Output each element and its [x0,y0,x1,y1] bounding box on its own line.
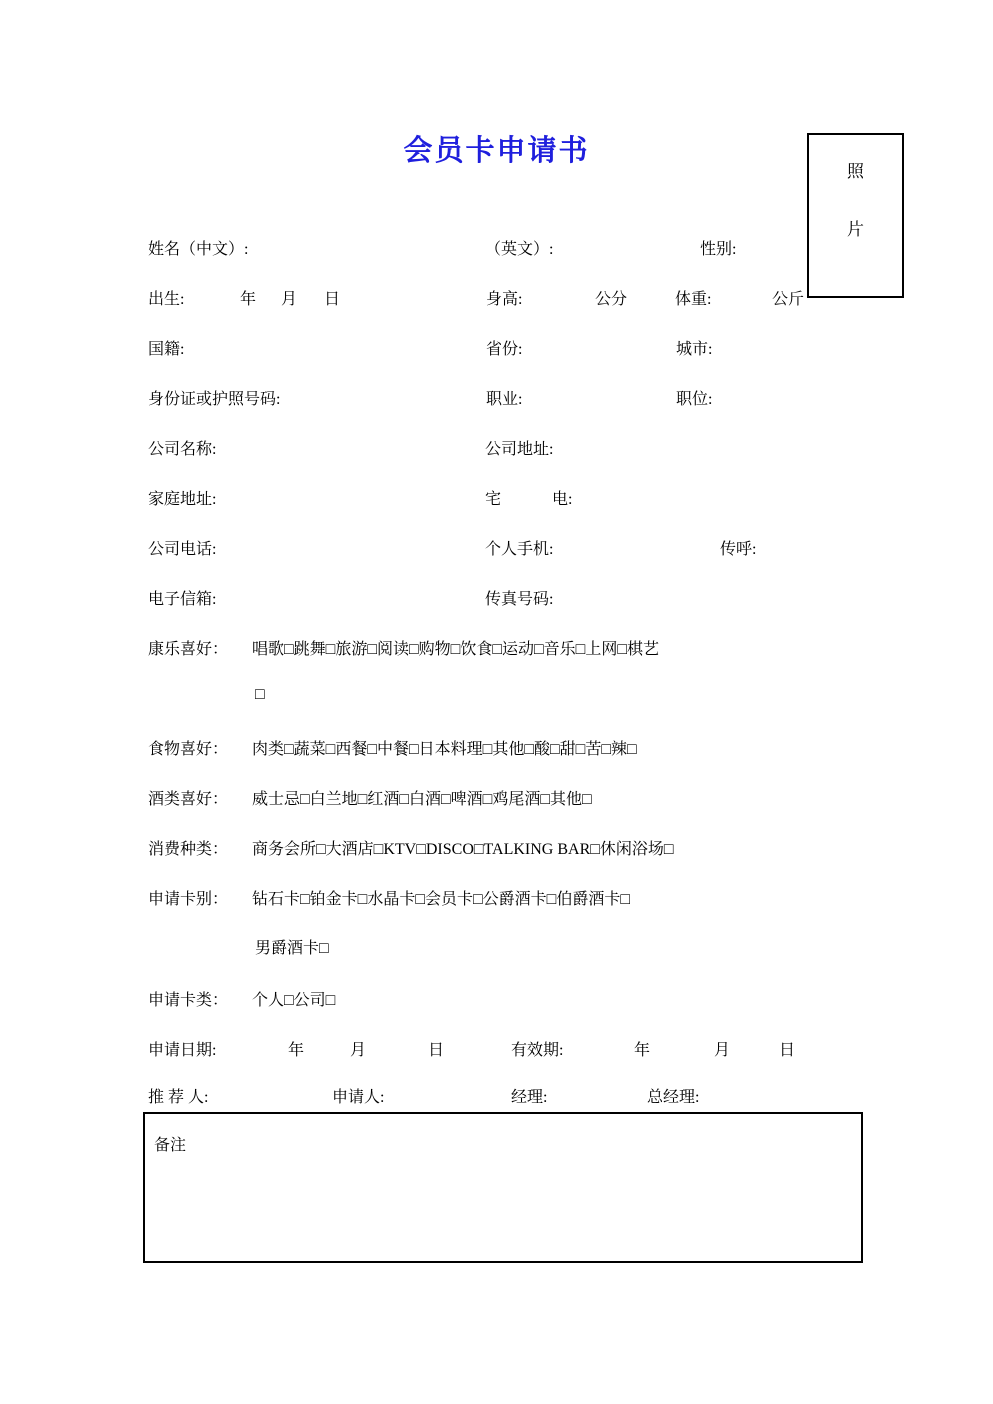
label-occupation: 职业: [486,386,522,409]
label-name-en: （英文）: [485,236,553,259]
label-pager: 传呼: [720,536,756,559]
label-position: 职位: [676,386,712,409]
card-grade-options: 钻石卡□铂金卡□水晶卡□会员卡□公爵酒卡□伯爵酒卡□ [252,886,630,909]
label-valid-year: 年 [634,1037,650,1060]
row-id-occupation: 身份证或护照号码: 职业: 职位: [0,386,993,408]
label-company-name: 公司名称: [148,436,216,459]
card-grade-options-overflow: 男爵酒卡□ [255,935,329,958]
row-venue: 消费种类： 商务会所□大酒店□KTV□DISCO□TALKING BAR□休闲浴… [0,836,993,858]
label-gender: 性别: [700,236,736,259]
label-wine: 酒类喜好： [148,786,228,809]
row-phones: 公司电话: 个人手机: 传呼: [0,536,993,558]
venue-options: 商务会所□大酒店□KTV□DISCO□TALKING BAR□休闲浴场□ [252,836,674,859]
label-venue: 消费种类： [148,836,228,859]
hobby-options: 唱歌□跳舞□旅游□阅读□购物□饮食□运动□音乐□上网□棋艺 [252,636,659,659]
label-home-tel-char2: 电: [552,486,572,509]
row-birth-height-weight: 出生: 年 月 日 身高: 公分 体重: 公斤 [0,286,993,308]
label-mobile: 个人手机: [485,536,553,559]
row-dates: 申请日期: 年 月 日 有效期: 年 月 日 [0,1037,993,1059]
row-card-grade-overflow: 男爵酒卡□ [0,935,993,957]
label-id-number: 身份证或护照号码: [148,386,280,409]
hobby-options-overflow: □ [255,686,265,704]
row-signatures: 推 荐 人: 申请人: 经理: 总经理: [0,1084,993,1106]
label-apply-day: 日 [428,1037,444,1060]
photo-placeholder-box: 照 片 [807,133,904,298]
label-valid-day: 日 [779,1037,795,1060]
label-birth-year: 年 [240,286,256,309]
label-birth-month: 月 [281,286,297,309]
row-card-grade: 申请卡别： 钻石卡□铂金卡□水晶卡□会员卡□公爵酒卡□伯爵酒卡□ [0,886,993,908]
label-home-tel-char1: 宅 [485,486,501,509]
row-email-fax: 电子信箱: 传真号码: [0,586,993,608]
label-hobby: 康乐喜好： [148,636,228,659]
label-birth-day: 日 [324,286,340,309]
label-fax: 传真号码: [485,586,553,609]
row-name: 姓名（中文）: （英文）: 性别: [0,236,993,258]
application-form-document: 会员卡申请书 照 片 姓名（中文）: （英文）: 性别: 出生: 年 月 日 身… [0,0,993,1404]
row-hobby-overflow: □ [0,686,993,708]
row-nationality: 国籍: 省份: 城市: [0,336,993,358]
label-city: 城市: [676,336,712,359]
label-apply-month: 月 [350,1037,366,1060]
row-hobby: 康乐喜好： 唱歌□跳舞□旅游□阅读□购物□饮食□运动□音乐□上网□棋艺 [0,636,993,658]
label-valid-until: 有效期: [511,1037,563,1060]
label-kg: 公斤 [772,286,804,309]
row-food: 食物喜好： 肉类□蔬菜□西餐□中餐□日本料理□其他□酸□甜□苦□辣□ [0,736,993,758]
label-nationality: 国籍: [148,336,184,359]
label-weight: 体重: [675,286,711,309]
row-company: 公司名称: 公司地址: [0,436,993,458]
wine-options: 威士忌□白兰地□红酒□白酒□啤酒□鸡尾酒□其他□ [252,786,592,809]
label-height: 身高: [486,286,522,309]
label-applicant: 申请人: [332,1084,384,1107]
label-company-address: 公司地址: [485,436,553,459]
label-general-manager: 总经理: [647,1084,699,1107]
row-home: 家庭地址: 宅 电: [0,486,993,508]
label-apply-date: 申请日期: [148,1037,216,1060]
food-options: 肉类□蔬菜□西餐□中餐□日本料理□其他□酸□甜□苦□辣□ [252,736,637,759]
label-manager: 经理: [511,1084,547,1107]
label-company-phone: 公司电话: [148,536,216,559]
label-home-address: 家庭地址: [148,486,216,509]
label-apply-year: 年 [288,1037,304,1060]
label-valid-month: 月 [714,1037,730,1060]
label-cm: 公分 [595,286,627,309]
label-birth: 出生: [148,286,184,309]
label-food: 食物喜好： [148,736,228,759]
row-wine: 酒类喜好： 威士忌□白兰地□红酒□白酒□啤酒□鸡尾酒□其他□ [0,786,993,808]
remarks-box: 备注 [143,1112,863,1263]
label-name-cn: 姓名（中文）: [148,236,248,259]
remarks-label: 备注 [154,1137,186,1154]
label-referrer: 推 荐 人: [148,1084,208,1107]
row-card-class: 申请卡类： 个人□公司□ [0,987,993,1009]
label-email: 电子信箱: [148,586,216,609]
label-province: 省份: [486,336,522,359]
card-class-options: 个人□公司□ [252,987,335,1010]
label-card-grade: 申请卡别： [148,886,228,909]
label-card-class: 申请卡类： [148,987,228,1010]
photo-label-char1: 照 [847,157,864,182]
